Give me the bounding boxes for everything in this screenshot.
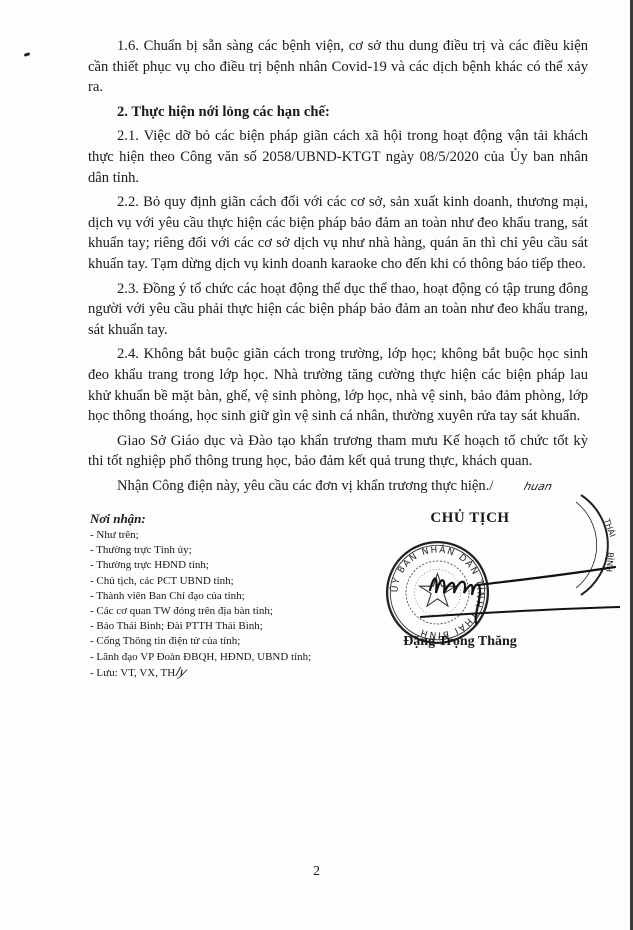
- recipient-archive: - Lưu: VT, VX, TH: [90, 667, 175, 679]
- recipient-item: - Thường trực Tỉnh ủy;: [90, 543, 380, 558]
- recipient-item: - Lãnh đạo VP Đoàn ĐBQH, HĐND, UBND tỉnh…: [90, 650, 380, 665]
- recipient-item: - Cổng Thông tin điện tử của tỉnh;: [90, 634, 380, 649]
- closing-text: Nhận Công điện này, yêu cầu các đơn vị k…: [117, 478, 493, 494]
- recipient-item: - Thường trực HĐND tỉnh;: [90, 558, 380, 573]
- handwritten-mark: huan: [493, 477, 555, 498]
- recipient-item: - Lưu: VT, VX, THly: [90, 665, 380, 681]
- recipients-title: Nơi nhận:: [90, 511, 380, 527]
- paragraph-giao-so: Giao Sở Giáo dục và Đào tạo khẩn trương …: [88, 431, 588, 472]
- paragraph-2-4: 2.4. Không bắt buộc giãn cách trong trườ…: [88, 344, 588, 426]
- paragraph-1-6: 1.6. Chuẩn bị sẵn sàng các bệnh viện, cơ…: [88, 36, 588, 98]
- document-body: 1.6. Chuẩn bị sẵn sàng các bệnh viện, cơ…: [88, 36, 588, 501]
- paragraph-2-3: 2.3. Đồng ý tổ chức các hoạt động thể dụ…: [88, 279, 588, 341]
- recipients-list: - Như trên; - Thường trực Tỉnh ủy; - Thư…: [90, 528, 380, 681]
- signer-title: CHỦ TỊCH: [380, 510, 560, 527]
- handwritten-signature-icon: [420, 555, 620, 625]
- paragraph-closing: Nhận Công điện này, yêu cầu các đơn vị k…: [88, 476, 588, 498]
- handwritten-initials: ly: [173, 665, 189, 680]
- recipient-item: - Thành viên Ban Chỉ đạo của tỉnh;: [90, 589, 380, 604]
- section-heading-2: 2. Thực hiện nới lỏng các hạn chế:: [88, 102, 588, 123]
- recipient-item: - Chủ tịch, các PCT UBND tỉnh;: [90, 574, 380, 589]
- paragraph-2-1: 2.1. Việc dỡ bỏ các biện pháp giãn cách …: [88, 126, 588, 188]
- recipients-block: Nơi nhận: - Như trên; - Thường trực Tỉnh…: [90, 511, 380, 681]
- signature-block: CHỦ TỊCH ỦY BAN NHÂN DÂN TỈNH THÁI BÌNH …: [380, 500, 620, 660]
- paragraph-2-2: 2.2. Bỏ quy định giãn cách đối với các c…: [88, 192, 588, 274]
- recipient-item: - Như trên;: [90, 528, 380, 543]
- page-number: 2: [0, 864, 633, 880]
- recipient-item: - Các cơ quan TW đóng trên địa bàn tỉnh;: [90, 604, 380, 619]
- signer-name: Đặng Trọng Thăng: [380, 634, 540, 650]
- recipient-item: - Báo Thái Bình; Đài PTTH Thái Bình;: [90, 619, 380, 634]
- scan-speck: [24, 52, 31, 57]
